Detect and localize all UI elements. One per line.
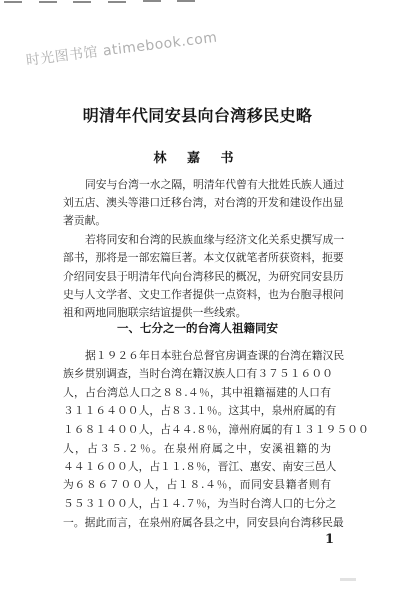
scan-smudge — [340, 578, 356, 581]
text-line: 为６８６７００人，占１８.４％，而同安县籍者则有 — [63, 478, 331, 492]
text-line: ３１１６４００人，占８３.１％。这其中，泉州府属的有 — [63, 404, 331, 418]
top-edge-marks — [0, 0, 200, 6]
edge-mark — [108, 1, 126, 3]
watermark: 时光图书馆 atimebook.com — [25, 27, 219, 70]
section-heading: 一、七分之一的台湾人祖籍同安 — [0, 320, 395, 336]
edge-mark — [73, 1, 91, 3]
text-line: 据１９２６年日本驻台总督官房调查课的台湾在籍汉民 — [85, 349, 331, 363]
text-line: ５５３１００人，占１４.７％，为当时台湾人口的七分之 — [63, 497, 331, 511]
text-line: 史与人文学者、文史工作者提供一点资料，也为台胞寻根问 — [63, 288, 331, 302]
edge-mark — [143, 0, 161, 2]
edge-mark — [4, 1, 22, 3]
text-line: 一。据此而言，在泉州府属各县之中，同安县向台湾移民最 — [63, 516, 331, 530]
text-line: 祖和两地同胞联宗结谊提供一些线索。 — [63, 306, 331, 320]
article-title: 明清年代同安县向台湾移民史略 — [0, 103, 395, 126]
text-line: 人，占台湾总人口之８８.４％，其中祖籍福建的人口有 — [63, 386, 331, 400]
text-line: 介绍同安县于明清年代向台湾移民的概况，为研究同安县历 — [63, 270, 331, 284]
text-line: 同安与台湾一水之隔，明清年代曾有大批姓氏族人通过 — [85, 178, 331, 192]
text-line: ４４１６００人，占１１.８％，晋江、惠安、南安三邑人 — [63, 460, 331, 474]
edge-mark — [177, 0, 195, 2]
text-line: １６８１４００人，占４４.８％，漳州府属的有１３１９５００ — [63, 423, 331, 437]
text-line: 族乡贯别调查，当时台湾在籍汉族人口有３７５１６００ — [63, 367, 331, 381]
text-line: 人，占３５.２％。在泉州府属之中，安溪祖籍的为 — [63, 442, 331, 456]
edge-mark — [39, 1, 57, 3]
text-line: 部书，那将是一部宏篇巨著。本文仅就笔者所获资料，扼要 — [63, 251, 331, 265]
page-number: 1 — [325, 532, 334, 547]
text-line: 著贡献。 — [63, 214, 331, 228]
text-line: 刘五店、澳头等港口迁移台湾，对台湾的开发和建设作出显 — [63, 196, 331, 210]
text-line: 若将同安和台湾的民族血缘与经济文化关系史撰写成一 — [85, 233, 331, 247]
article-author: 林 嘉 书 — [0, 147, 395, 166]
